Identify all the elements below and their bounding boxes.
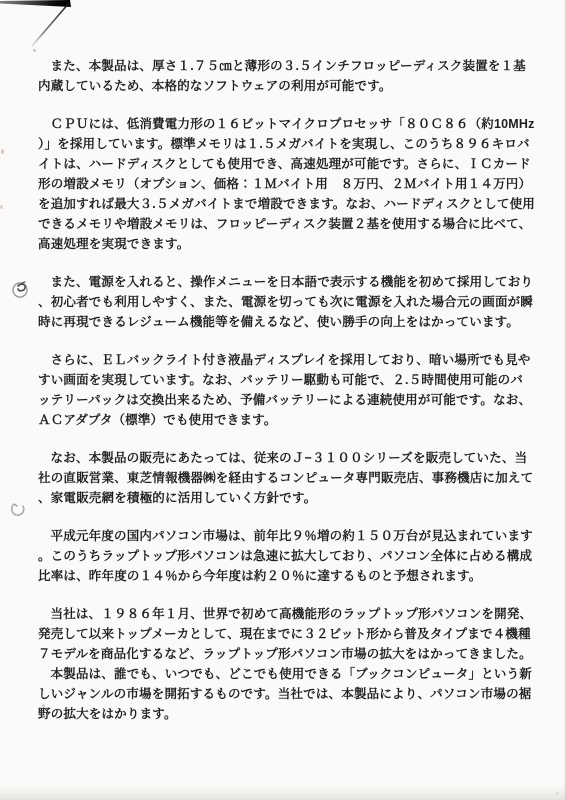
scanned-document-page: また、本製品は、厚さ１.７５㎝と薄形の３.５インチフロッピーディスク装置を１基内… [0,0,566,800]
scan-crease-mark-icon [0,0,90,55]
scan-speck [0,205,3,209]
document-body: また、本製品は、厚さ１.７５㎝と薄形の３.５インチフロッピーディスク装置を１基内… [38,56,535,742]
paragraph-floppy-drive: また、本製品は、厚さ１.７５㎝と薄形の３.５インチフロッピーディスク装置を１基内… [38,56,535,96]
scan-speck [33,49,36,52]
paragraph-market-outlook: 平成元年度の国内パソコン市場は、前年比９％増の約１５０万台が見込まれています。こ… [38,526,535,586]
paragraph-book-computer: 本製品は、誰でも、いつでも、どこでも使用できる「ブックコンピュータ」という新しい… [38,664,535,724]
scan-bottom-shadow [0,786,566,800]
paragraph-company-history: 当社は、１９８６年１月、世界で初めて高機能形のラップトップ形パソコンを開発、発売… [38,604,535,664]
paragraph-el-backlight: さらに、ＥＬバックライト付き液晶ディスプレイを採用しており、暗い場所でも見やすい… [38,350,535,430]
paragraph-sales-channels: なお、本製品の販売にあたっては、従来のＪ−３１００シリーズを販売していた、当社の… [38,448,535,508]
paragraph-japanese-menu: また、電源を入れると、操作メニューを日本語で表示する機能を初めて採用しており、初… [38,272,535,332]
pencil-open-loop-mark-icon [6,498,30,522]
paragraph-cpu-memory: ＣＰＵには、低消費電力形の１６ビットマイクロプロセッサ「８０Ｃ８６（約10MHz… [38,114,535,254]
scan-speck [42,704,45,707]
scan-speck [1,149,4,154]
pencil-circle-mark-icon [8,277,32,301]
